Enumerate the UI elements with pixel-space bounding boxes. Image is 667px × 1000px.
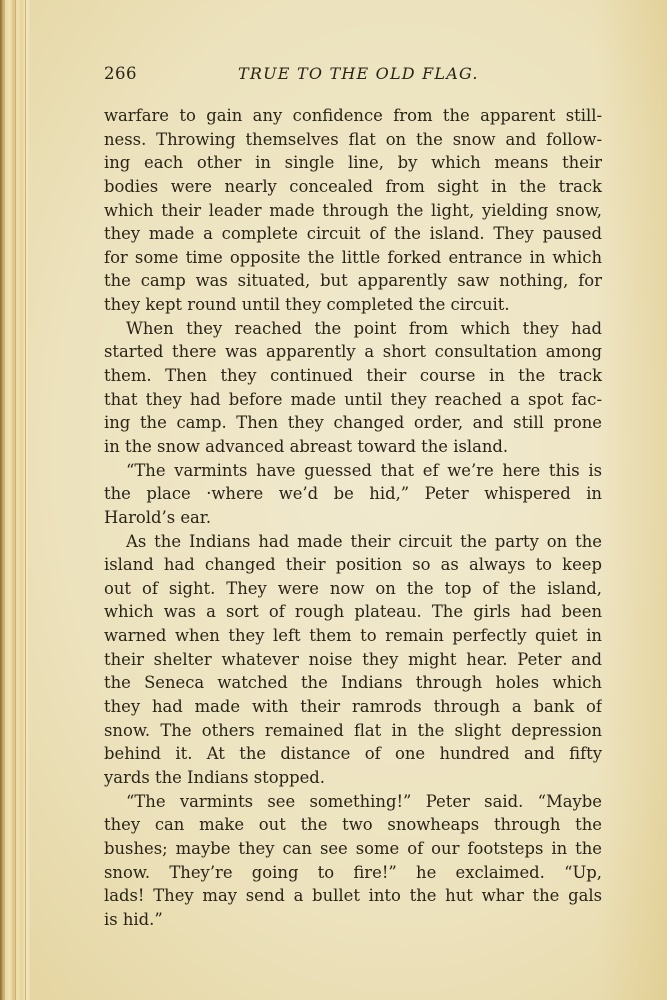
text-line: started there was apparently a short con… [104, 340, 602, 364]
text-line: ness. Throwing themselves flat on the sn… [104, 128, 602, 152]
text-line: bodies were nearly concealed from sight … [104, 175, 602, 199]
text-line: snow. They’re going to fire!” he exclaim… [104, 861, 602, 885]
text-line: bushes; maybe they can see some of our f… [104, 837, 602, 861]
text-line: their shelter whatever noise they might … [104, 648, 602, 672]
text-line: the Seneca watched the Indians through h… [104, 671, 602, 695]
book-spine-edge [0, 0, 30, 1000]
text-line: When they reached the point from which t… [104, 317, 602, 341]
text-line: snow. The others remained flat in the sl… [104, 719, 602, 743]
text-line: lads! They may send a bullet into the hu… [104, 884, 602, 908]
text-line: they can make out the two snowheaps thro… [104, 813, 602, 837]
page-edge-shading [597, 0, 667, 1000]
body-text: warfare to gain any confidence from the … [104, 104, 602, 931]
text-line: which was a sort of rough plateau. The g… [104, 600, 602, 624]
text-line: ing each other in single line, by which … [104, 151, 602, 175]
text-line: them. Then they continued their course i… [104, 364, 602, 388]
text-line: out of sight. They were now on the top o… [104, 577, 602, 601]
text-line: island had changed their position so as … [104, 553, 602, 577]
book-page: 266 TRUE TO THE OLD FLAG. warfare to gai… [0, 0, 667, 1000]
text-line: they had made with their ramrods through… [104, 695, 602, 719]
text-line: the place ·where we’d be hid,” Peter whi… [104, 482, 602, 506]
text-line: behind it. At the distance of one hundre… [104, 742, 602, 766]
text-line: ing the camp. Then they changed order, a… [104, 411, 602, 435]
page-number: 266 [104, 64, 137, 83]
text-line: warned when they left them to remain per… [104, 624, 602, 648]
text-line: As the Indians had made their circuit th… [104, 530, 602, 554]
text-line: warfare to gain any confidence from the … [104, 104, 602, 128]
spine-line [4, 0, 5, 1000]
page-header: 266 TRUE TO THE OLD FLAG. [104, 64, 602, 88]
text-line: the camp was situated, but apparently sa… [104, 269, 602, 293]
text-line: “The varmints see something!” Peter said… [104, 790, 602, 814]
text-line: is hid.” [104, 908, 602, 932]
running-title: TRUE TO THE OLD FLAG. [238, 64, 479, 83]
text-line: that they had before made until they rea… [104, 388, 602, 412]
text-line: “The varmints have guessed that ef we’re… [104, 459, 602, 483]
text-line: yards the Indians stopped. [104, 766, 602, 790]
text-line: they made a complete circuit of the isla… [104, 222, 602, 246]
text-line: for some time opposite the little forked… [104, 246, 602, 270]
spine-line [25, 0, 26, 1000]
text-line: in the snow advanced abreast toward the … [104, 435, 602, 459]
text-line: they kept round until they completed the… [104, 293, 602, 317]
text-line: which their leader made through the ligh… [104, 199, 602, 223]
spine-line [15, 0, 16, 1000]
text-line: Harold’s ear. [104, 506, 602, 530]
